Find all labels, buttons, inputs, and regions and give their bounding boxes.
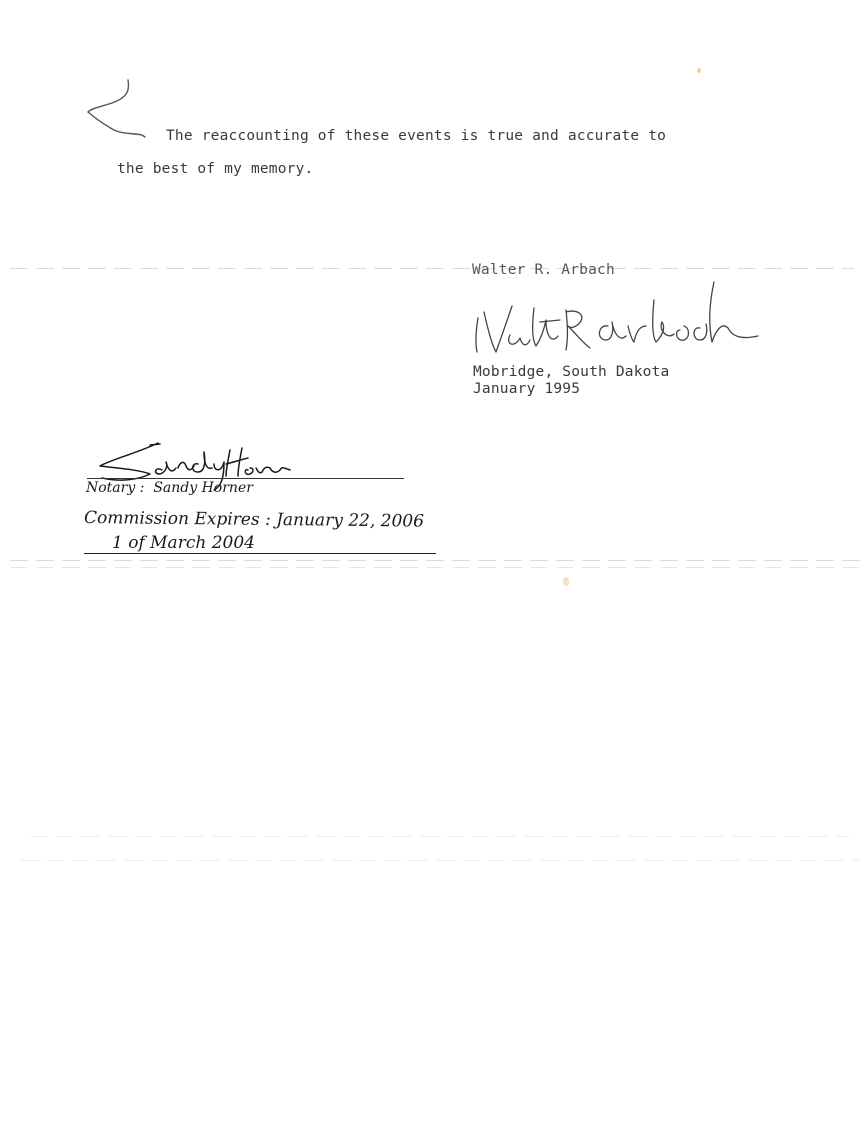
notary-name-line: Notary : Sandy Horner	[86, 480, 253, 496]
notary-signature-line	[87, 478, 404, 479]
notary-commission-line: Commission Expires : January 22, 2006	[84, 508, 424, 532]
notary-signature	[0, 0, 864, 1124]
document-page: The reaccounting of these events is true…	[0, 0, 864, 1124]
notary-date-line: 1 of March 2004	[112, 533, 255, 553]
notary-date-underline	[84, 553, 436, 554]
